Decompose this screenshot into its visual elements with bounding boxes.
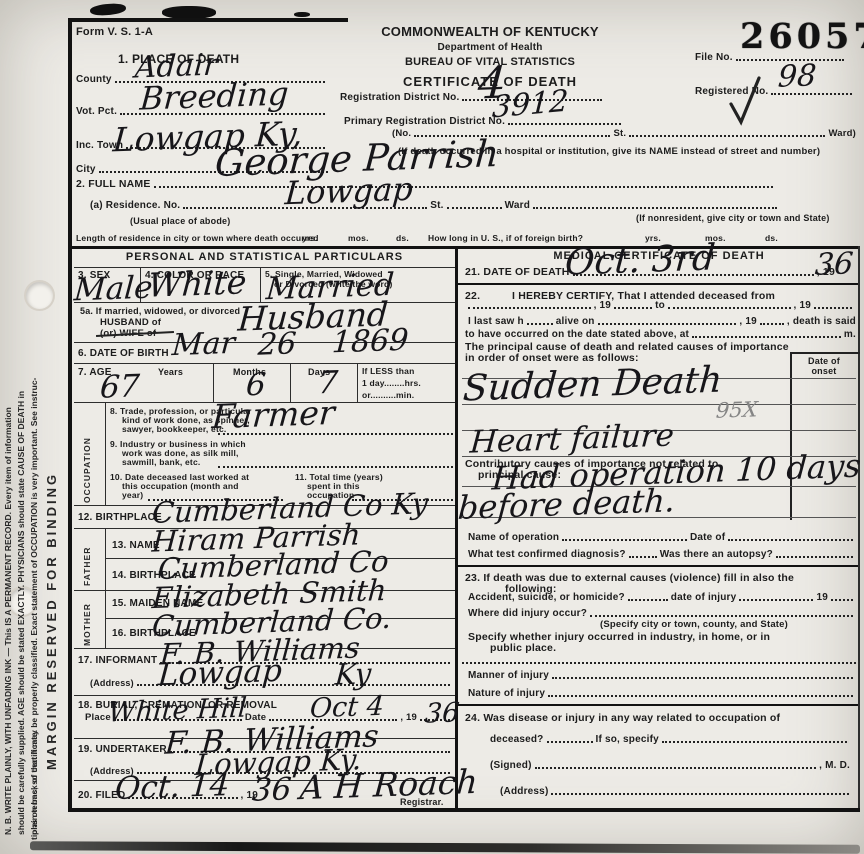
age-years-value: 67 [99,371,141,403]
registered-no-row: Registered No. [695,86,855,97]
trade-value: Farmer [211,396,336,433]
injury-19-line [831,597,853,601]
rule [458,565,858,567]
scan-shadow-band [30,841,860,854]
occurred-m-label: m. [844,329,856,340]
margin-binding-note: MARGIN RESERVED FOR BINDING [44,150,59,770]
operation-label: Name of operation [468,532,559,543]
occupation-side-label: OCCUPATION [82,406,92,503]
certify-from-line [468,305,591,309]
signed-row: (Signed) , M. D. [490,760,850,771]
ink-smudge [294,12,310,17]
rule [105,402,106,505]
informant-address-value-2: Ky [334,659,372,689]
date-of-death-label: 21. DATE OF DEATH [465,266,570,278]
manner-injury-line [552,675,853,679]
certify-year-a: , 19 [594,300,611,311]
foreign-birth-label: How long in U. S., if of foreign birth? [428,233,583,243]
primary-district-label: Primary Registration District No. [344,116,505,127]
certify-dates-row: , 19 to , 19 [465,300,855,311]
death-said-label: , death is said [787,316,856,327]
deceased-label: deceased? [490,734,544,745]
age-less-label-3: or..........min. [362,390,414,400]
length-ds-label: ds. [396,233,409,243]
rule [458,704,858,706]
nature-injury-line [548,693,853,697]
contributory-value-2: before death. [457,484,676,524]
st-line [629,133,825,137]
occurred-row: to have occurred on the date stated abov… [465,329,856,340]
form-right-border [858,246,860,812]
test-line [629,554,657,558]
dob-day-value: 26 [257,329,297,360]
dod-year-value: 36 [814,249,854,280]
certificate-stamp-number: 26057 [740,16,864,57]
last-worked-label-3: year) [122,490,143,500]
filed-year-value: 36 [251,774,293,806]
city-label: City [76,164,96,175]
form-top-border [68,18,348,22]
manner-injury-label: Manner of injury [468,670,549,681]
informant-address-value: Lowgap [157,656,283,691]
ink-smudge [90,2,127,16]
signed-label: (Signed) [490,760,532,771]
spouse-label-1: 5a. If married, widowed, or divorced [80,306,240,316]
undertaker-label: 19. UNDERTAKER [78,744,167,755]
residence-st-label: St. [430,200,443,211]
length-mos-label: mos. [348,233,369,243]
if-so-line [662,739,847,743]
operation-row: Name of operation Date of [468,532,856,543]
residence-label: (a) Residence. No. [90,200,180,211]
registrar-signature: A H Roach [299,765,479,804]
signed-line [535,765,817,769]
foreign-ds-label: ds. [765,233,778,243]
margin-note-line4: tions on back of certificate. [29,700,39,840]
physician-address-row: (Address) [500,786,852,797]
cause-of-death-value-1: Sudden Death [462,362,724,407]
alive-on-line [598,321,737,325]
date-of-onset-label-1: Date of [792,356,856,366]
primary-district-value: 3912 [491,87,569,124]
industry-note-2: public place. [490,642,556,654]
margin-note-line1: N. B. WRITE PLAINLY, WITH UNFADING INK —… [3,170,13,835]
st-label: St. [613,128,626,139]
precinct-label: Vot. Pct. [76,106,117,117]
injury-19-label: 19 [816,592,828,603]
margin-note-line2: should be carefully supplied. AGE should… [16,200,26,835]
cause-of-death-value-2: Heart failure [469,420,675,458]
residence-st-line [447,205,502,209]
burial-year-prefix: , 19 [400,712,417,723]
last-saw-year: , 19 [739,316,756,327]
race-value: White [147,265,248,302]
physician-address-line [551,791,849,795]
blank-line [462,660,856,664]
deceased-line [547,739,593,743]
date-of-death-value: Oct. 3rd [564,240,717,281]
form-bottom-border [68,808,860,812]
informant-label: 17. INFORMANT [78,655,157,666]
deceased-question-row: deceased? If so, specify [490,734,850,745]
file-no-row: File No. [695,52,847,63]
residence-ward-label: Ward [505,200,530,211]
rule [458,283,858,285]
commonwealth-title: COMMONWEALTH OF KENTUCKY [335,24,645,39]
autopsy-label: Was there an autopsy? [660,549,773,560]
last-saw-row: I last saw h alive on , 19 , death is sa… [468,316,856,327]
informant-address-label: (Address) [90,678,134,688]
dob-month-value: Mar [171,329,236,361]
form-left-border [68,18,72,812]
last-saw-label: I last saw h [468,316,524,327]
occurred-label: to have occurred on the date stated abov… [465,329,689,340]
filed-date-value: Oct. 14 [114,770,230,805]
principal-cause-label-2: in order of onset were as follows: [465,352,639,364]
last-saw-line1 [527,321,553,325]
industry-label-3: sawmill, bank, etc. [122,457,200,467]
department-title: Department of Health [335,42,645,53]
burial-year-value: 36 [424,699,460,727]
rule [105,528,106,648]
accident-line [628,597,668,601]
mother-side-label: MOTHER [82,594,92,646]
operation-line [562,537,687,541]
where-injury-row: Where did injury occur? [468,608,856,619]
county-label: County [76,74,112,85]
certify-year-a-line [614,305,652,309]
residence-row: (a) Residence. No. St. Ward [90,200,780,211]
physician-address-label: (Address) [500,786,548,797]
registered-no-value: 98 [777,61,817,92]
file-no-label: File No. [695,52,733,63]
rule [357,363,358,402]
registration-district-label: Registration District No. [340,92,459,103]
rule [74,363,455,364]
certify-year-b-line [814,305,852,309]
checkmark-icon [728,74,762,128]
abode-note: (Usual place of abode) [130,216,230,226]
age-less-label-1: If LESS than [362,366,414,376]
specify-city-note: (Specify city or town, county, and State… [600,619,788,630]
if-so-label: If so, specify [596,734,659,745]
dob-label: 6. DATE OF BIRTH [78,348,169,359]
injury-date-line [739,597,813,601]
occurred-line [692,334,841,338]
father-side-label: FATHER [82,532,92,586]
columns-top-border [68,246,860,249]
nonresident-note: (If nonresident, give city or town and S… [636,213,830,223]
residence-ward-line [533,205,777,209]
full-name-row: 2. FULL NAME [76,178,776,190]
length-yrs-label: yrs. [302,233,318,243]
full-name-label: 2. FULL NAME [76,178,151,190]
nature-injury-row: Nature of injury [468,688,856,699]
certify-to-line [668,305,791,309]
industry-line [218,464,453,468]
certify-to-label: to [655,300,665,311]
dob-year-value: 1869 [331,326,409,359]
manner-injury-row: Manner of injury [468,670,856,681]
length-residence-label: Length of residence in city or town wher… [76,233,319,243]
personal-section-title: PERSONAL AND STATISTICAL PARTICULARS [74,251,455,263]
spouse-label-2: HUSBAND of [100,317,161,328]
autopsy-line [776,554,853,558]
burial-place-value: White Hill [107,695,247,727]
operation-date-label: Date of [690,532,725,543]
certify-year-b: , 19 [794,300,811,311]
precinct-value: Breeding [139,77,290,114]
md-label: , M. D. [819,760,850,771]
accident-label: Accident, suicide, or homicide? [468,592,625,603]
birthplace-label: 12. BIRTHPLACE [78,512,162,523]
ward-label: Ward) [828,128,856,139]
cause-code-pencil-note: 95X [715,399,758,422]
last-saw-year-line [760,321,784,325]
operation-date-line [728,537,853,541]
where-injury-label: Where did injury occur? [468,608,587,619]
test-label: What test confirmed diagnosis? [468,549,626,560]
date-of-onset-label-2: onset [792,366,856,376]
alive-on-label: alive on [556,316,595,327]
full-name-line [154,184,773,188]
primary-district-row: Primary Registration District No. [344,116,624,127]
injury-date-label: date of injury [671,592,737,603]
test-autopsy-row: What test confirmed diagnosis? Was there… [468,549,856,560]
residence-value: Lowgap [284,173,414,210]
occupation-question-label: 24. Was disease or injury in any way rel… [465,712,780,724]
accident-row: Accident, suicide, or homicide? date of … [468,592,856,603]
form-number: Form V. S. 1-A [76,26,153,38]
age-years-label: Years [158,367,183,377]
age-less-label-2: 1 day........hrs. [362,378,421,388]
where-injury-line [590,613,853,617]
nature-injury-label: Nature of injury [468,688,545,699]
registrar-label: Registrar. [400,797,444,807]
death-certificate-scan: N. B. WRITE PLAINLY, WITH UNFADING INK —… [0,0,864,854]
rule [74,267,455,268]
rule [260,267,261,302]
